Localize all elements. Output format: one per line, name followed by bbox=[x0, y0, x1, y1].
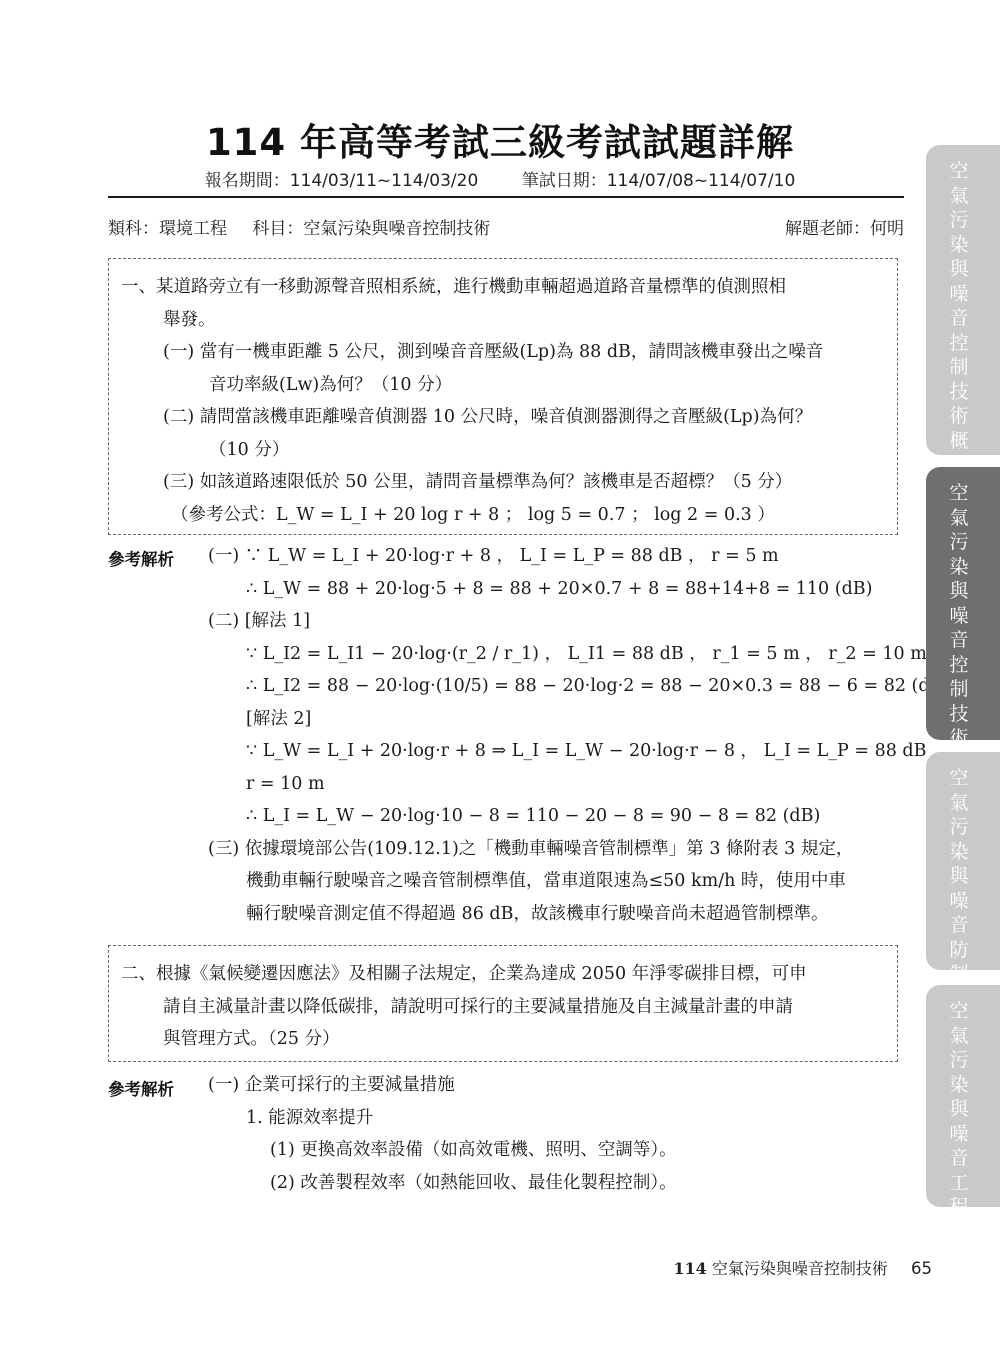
reference-formula: （參考公式：L_W = L_I + 20 log r + 8 ； log 5 =… bbox=[121, 499, 887, 532]
answer-line: (1) 更換高效率設備（如高效電機、照明、空調等）。 bbox=[208, 1134, 908, 1167]
answer-line: (2) 改善製程效率（如熱能回收、最佳化製程控制）。 bbox=[208, 1167, 908, 1200]
side-tab-char: 氣 bbox=[948, 791, 970, 816]
answer-1-label: 參考解析 bbox=[108, 546, 174, 570]
side-tab-char: 控 bbox=[948, 653, 970, 678]
answer-line: ∴ L_I2 = 88 − 20·log·(10/5) = 88 − 20·lo… bbox=[208, 670, 908, 703]
answer-line: 輛行駛噪音測定值不得超過 86 dB，故該機車行駛噪音尚未超過管制標準。 bbox=[208, 898, 908, 931]
answer-line: r = 10 m bbox=[208, 768, 908, 801]
side-tab-char: 與 bbox=[948, 1097, 970, 1122]
question-line: （10 分） bbox=[121, 434, 887, 467]
side-tab-char: 音 bbox=[948, 306, 970, 331]
answer-line: [解法 2] bbox=[208, 703, 908, 736]
side-tab-char: 與 bbox=[948, 864, 970, 889]
side-tab-char: 空 bbox=[948, 999, 970, 1024]
side-tab-char: 噪 bbox=[948, 604, 970, 629]
side-tab-char: 空 bbox=[948, 766, 970, 791]
footer-book-title: 空氣污染與噪音控制技術 bbox=[712, 1259, 888, 1278]
side-tab-char: 噪 bbox=[948, 889, 970, 914]
answer-2-label: 參考解析 bbox=[108, 1076, 174, 1100]
page-footer: 114 空氣污染與噪音控制技術 65 bbox=[673, 1256, 932, 1279]
question-line: 請自主減量計畫以降低碳排，請說明可採行的主要減量措施及自主減量計畫的申請 bbox=[121, 991, 887, 1024]
question-1-box: 一、某道路旁立有一移動源聲音照相系統，進行機動車輛超過道路音量標準的偵測照相 舉… bbox=[108, 258, 898, 535]
side-tab-char: 氣 bbox=[948, 184, 970, 209]
side-tab-char: 污 bbox=[948, 530, 970, 555]
question-line: 二、根據《氣候變遷因應法》及相關子法規定，企業為達成 2050 年淨零碳排目標，… bbox=[121, 958, 887, 991]
side-tab-char: 技 bbox=[948, 380, 970, 405]
answer-1: (一) ∵ L_W = L_I + 20·log·r + 8 ， L_I = L… bbox=[208, 540, 908, 930]
exam-schedule: 報名期間：114/03/11~114/03/20 筆試日期：114/07/08~… bbox=[0, 166, 1000, 191]
side-tab-char: 程 bbox=[948, 1195, 970, 1220]
side-tab-engineering[interactable]: 空氣污染與噪音工程 bbox=[926, 985, 1000, 1207]
answer-line: 1. 能源效率提升 bbox=[208, 1102, 908, 1135]
question-line: 音功率級(Lw)為何？（10 分） bbox=[121, 369, 887, 402]
side-tab-char: 染 bbox=[948, 555, 970, 580]
side-tab-char: 防 bbox=[948, 938, 970, 963]
answer-line: ∴ L_I = L_W − 20·log·10 − 8 = 110 − 20 −… bbox=[208, 800, 908, 833]
side-tab-char: 污 bbox=[948, 1048, 970, 1073]
side-tab-char: 噪 bbox=[948, 1122, 970, 1147]
answer-line: 機動車輛行駛噪音之噪音管制標準值，當車道限速為≤50 km/h 時，使用中車 bbox=[208, 865, 908, 898]
question-line: (三) 如該道路速限低於 50 公里，請問音量標準為何？該機車是否超標？（5 分… bbox=[121, 466, 887, 499]
side-tab-char: 工 bbox=[948, 1171, 970, 1196]
side-tab-char: 音 bbox=[948, 628, 970, 653]
side-tab-char: 與 bbox=[948, 579, 970, 604]
answer-line: (三) 依據環境部公告(109.12.1)之「機動車輛噪音管制標準」第 3 條附… bbox=[208, 833, 908, 866]
question-line: (二) 請問當該機車距離噪音偵測器 10 公尺時，噪音偵測器測得之音壓級(Lp)… bbox=[121, 401, 887, 434]
answer-line: (二) [解法 1] bbox=[208, 605, 908, 638]
side-tab-char: 染 bbox=[948, 233, 970, 258]
exam-dates: 筆試日期：114/07/08~114/07/10 bbox=[522, 171, 796, 191]
side-tab-control-technology[interactable]: 空氣污染與噪音控制技術 bbox=[926, 467, 1000, 740]
question-line: 一、某道路旁立有一移動源聲音照相系統，進行機動車輛超過道路音量標準的偵測照相 bbox=[121, 271, 887, 304]
side-tab-prevention[interactable]: 空氣污染與噪音防制 bbox=[926, 752, 1000, 970]
question-line: (一) 當有一機車距離 5 公尺，測到噪音音壓級(Lp)為 88 dB，請問該機… bbox=[121, 336, 887, 369]
side-tab-char: 染 bbox=[948, 1073, 970, 1098]
side-tab-char: 音 bbox=[948, 913, 970, 938]
side-tab-char: 制 bbox=[948, 355, 970, 380]
question-2-box: 二、根據《氣候變遷因應法》及相關子法規定，企業為達成 2050 年淨零碳排目標，… bbox=[108, 945, 898, 1062]
answer-line: ∵ L_W = L_I + 20·log·r + 8 ⇒ L_I = L_W −… bbox=[208, 735, 908, 768]
registration-period: 報名期間：114/03/11~114/03/20 bbox=[205, 171, 479, 191]
answer-line: (一) ∵ L_W = L_I + 20·log·r + 8 ， L_I = L… bbox=[208, 540, 908, 573]
side-tab-char: 音 bbox=[948, 1146, 970, 1171]
subject: 科目：空氣污染與噪音控制技術 bbox=[252, 219, 490, 239]
side-tab-char: 污 bbox=[948, 208, 970, 233]
question-line: 舉發。 bbox=[121, 304, 887, 337]
side-tab-char: 技 bbox=[948, 702, 970, 727]
side-tab-char: 概 bbox=[948, 429, 970, 454]
side-tab-char: 氣 bbox=[948, 1024, 970, 1049]
exam-meta: 類科：環境工程 科目：空氣污染與噪音控制技術 解題老師：何明 bbox=[108, 214, 904, 239]
page-title: 114 年高等考試三級考試試題詳解 bbox=[0, 112, 1000, 166]
side-tab-char: 空 bbox=[948, 159, 970, 184]
side-tab-overview[interactable]: 空氣污染與噪音控制技術概要 bbox=[926, 145, 1000, 455]
page-number: 65 bbox=[911, 1259, 932, 1278]
teacher: 解題老師：何明 bbox=[785, 214, 904, 239]
side-tab-char: 與 bbox=[948, 257, 970, 282]
side-tab-char: 空 bbox=[948, 481, 970, 506]
side-tab-char: 術 bbox=[948, 726, 970, 751]
footer-year: 114 bbox=[673, 1259, 706, 1278]
side-tab-char: 染 bbox=[948, 840, 970, 865]
answer-2: (一) 企業可採行的主要減量措施 1. 能源效率提升 (1) 更換高效率設備（如… bbox=[208, 1069, 908, 1199]
side-tab-char: 術 bbox=[948, 404, 970, 429]
side-tab-char: 制 bbox=[948, 677, 970, 702]
answer-line: (一) 企業可採行的主要減量措施 bbox=[208, 1069, 908, 1102]
side-tab-char: 氣 bbox=[948, 506, 970, 531]
side-tab-char: 污 bbox=[948, 815, 970, 840]
side-tab-char: 制 bbox=[948, 962, 970, 987]
side-tab-char: 噪 bbox=[948, 282, 970, 307]
category: 類科：環境工程 bbox=[108, 219, 227, 239]
answer-line: ∴ L_W = 88 + 20·log·5 + 8 = 88 + 20×0.7 … bbox=[208, 573, 908, 606]
header-divider bbox=[108, 196, 904, 198]
side-tab-char: 控 bbox=[948, 331, 970, 356]
answer-line: ∵ L_I2 = L_I1 − 20·log·(r_2 / r_1) ， L_I… bbox=[208, 638, 908, 671]
question-line: 與管理方式。（25 分） bbox=[121, 1023, 887, 1056]
